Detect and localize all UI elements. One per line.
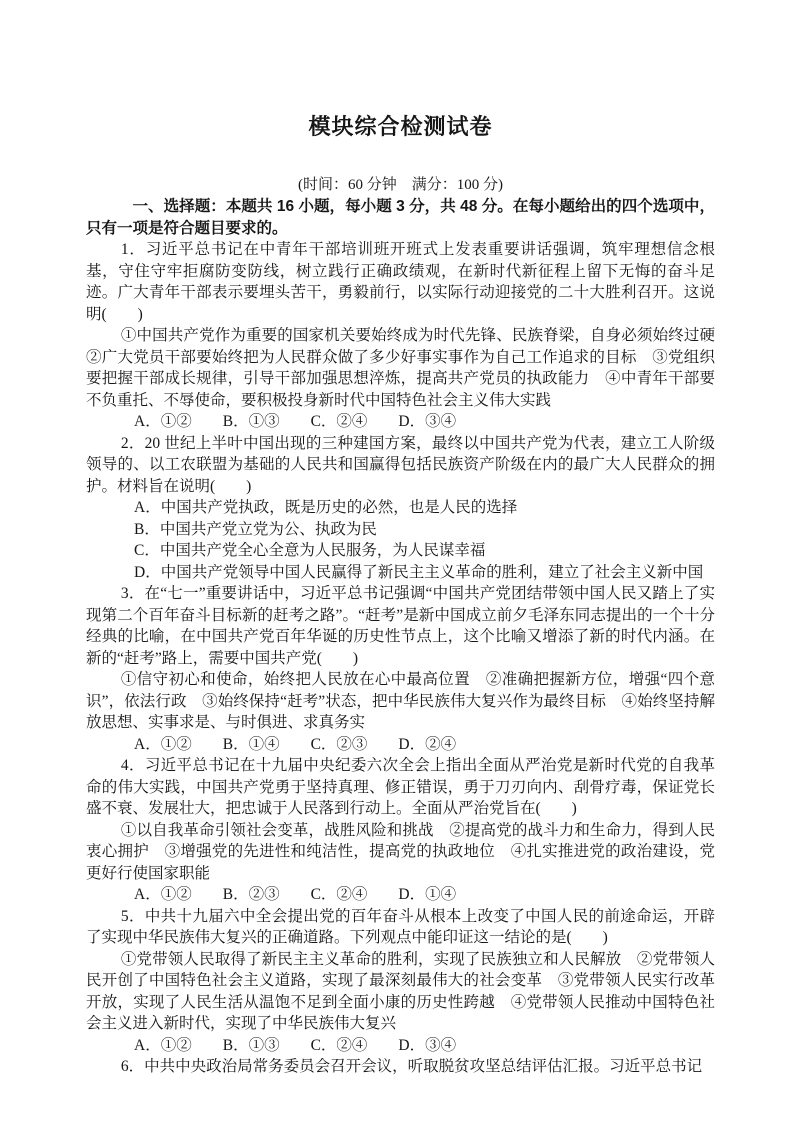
question-numbered-statements: ①党带领人民取得了新民主主义革命的胜利，实现了民族独立和人民解放 ②党带领人民开… bbox=[86, 949, 715, 1035]
answer-choice: A．中国共产党执政，既是历史的必然，也是人民的选择 bbox=[86, 497, 715, 519]
question-numbered-statements: ①中国共产党作为重要的国家机关要始终成为时代先锋、民族脊梁，自身必须始终过硬 ②… bbox=[86, 325, 715, 411]
answer-choice: C．中国共产党全心全意为人民服务，为人民谋幸福 bbox=[86, 540, 715, 562]
answer-choice: D．中国共产党领导中国人民赢得了新民主主义革命的胜利，建立了社会主义新中国 bbox=[86, 562, 715, 584]
question-stem: 2．20 世纪上半叶中国出现的三种建国方案，最终以中国共产党为代表，建立工人阶级… bbox=[86, 433, 715, 498]
answer-options-row: A．①② B．①④ C．②③ D．②④ bbox=[86, 734, 715, 756]
page-title: 模块综合检测试卷 bbox=[86, 112, 715, 142]
document-body: 一、选择题：本题共 16 小题，每小题 3 分，共 48 分。在每小题给出的四个… bbox=[86, 196, 715, 1078]
answer-choice: B．中国共产党立党为公、执政为民 bbox=[86, 519, 715, 541]
section-instructions: 一、选择题：本题共 16 小题，每小题 3 分，共 48 分。在每小题给出的四个… bbox=[86, 196, 715, 239]
answer-options-row: A．①② B．①③ C．②④ D．③④ bbox=[86, 411, 715, 433]
question-stem: 5．中共十九届六中全会提出党的百年奋斗从根本上改变了中国人民的前途命运，开辟了实… bbox=[86, 906, 715, 949]
exam-meta-line: (时间：60 分钟 满分：100 分) bbox=[86, 174, 715, 196]
answer-options-row: A．①② B．②③ C．②④ D．①④ bbox=[86, 884, 715, 906]
question-numbered-statements: ①以自我革命引领社会变革，战胜风险和挑战 ②提高党的战斗力和生命力，得到人民衷心… bbox=[86, 820, 715, 885]
question-stem: 1．习近平总书记在中青年干部培训班开班式上发表重要讲话强调，筑牢理想信念根基，守… bbox=[86, 239, 715, 325]
document-page: 模块综合检测试卷 (时间：60 分钟 满分：100 分) 一、选择题：本题共 1… bbox=[0, 0, 793, 1122]
question-stem: 3．在“七一”重要讲话中，习近平总书记强调“中国共产党团结带领中国人民又踏上了实… bbox=[86, 583, 715, 669]
question-stem: 4．习近平总书记在十九届中央纪委六次全会上指出全面从严治党是新时代党的自我革命的… bbox=[86, 755, 715, 820]
question-stem: 6．中共中央政治局常务委员会召开会议，听取脱贫攻坚总结评估汇报。习近平总书记 bbox=[86, 1056, 715, 1078]
question-numbered-statements: ①信守初心和使命，始终把人民放在心中最高位置 ②准确把握新方位，增强“四个意识”… bbox=[86, 669, 715, 734]
answer-options-row: A．①② B．①③ C．②④ D．③④ bbox=[86, 1035, 715, 1057]
